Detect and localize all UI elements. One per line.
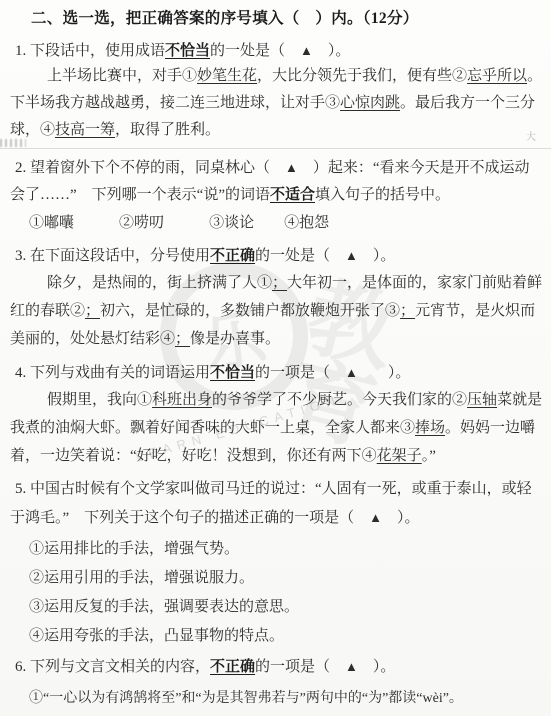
text-segment: 球，④ (10, 122, 55, 138)
underlined-term: 科班出身 (152, 392, 212, 408)
text-segment: ，大比分领先于我们，便有些② (257, 68, 467, 84)
text-segment: 。” (422, 448, 436, 464)
text-segment: 的一项是（ (255, 659, 345, 675)
underlined-term: 技高一筹 (55, 122, 115, 138)
q5-stem: 5. 中国古时候有个文学家叫做司马迁的说过：“人固有一死，或重于泰山，或轻 (15, 479, 532, 500)
text-segment: 5. 中国古时候有个文学家叫做司马迁的说过：“人固有一死，或重于泰山，或轻 (15, 481, 532, 497)
underlined-term: 不正确 (210, 248, 255, 264)
q2-options: ①嘟囔 ②唠叨 ③谈论 ④抱怨 (29, 213, 329, 234)
text-segment: ④抱怨 (284, 215, 329, 231)
text-segment: ）。 (313, 43, 351, 59)
text-segment: 下半场我方越战越勇，接二连三地进球，让对手③ (10, 95, 340, 111)
text-segment: ③谈论 (209, 215, 254, 231)
text-segment: ）起来：“看来今天是开不成运动 (298, 160, 530, 176)
text-segment: 填入句子的括号中。 (315, 187, 450, 203)
q4-passage-line3: 着，一边笑着说：“好吃，好吃！没想到，你还有两下④花架子。” (10, 446, 436, 467)
text-segment: 。妈妈一边嚼 (445, 420, 535, 436)
q5-option2: ②运用引用的手法，增强说服力。 (29, 568, 254, 589)
text-segment: ①“一心以为有鸿鹄将至”和“为是其智弗若与”两句中的“为”都读“wèi”。 (29, 691, 463, 706)
text-segment: 假期里，我向① (47, 392, 152, 408)
underlined-term: 心惊肉跳 (340, 95, 400, 111)
text-segment: 4. 下列与戏曲有关的词语运用 (15, 365, 210, 381)
text-segment: ①运用排比的手法，增强气势。 (29, 541, 239, 557)
underlined-term: 不恰当 (165, 43, 210, 59)
q6-stem: 6. 下列与文言文相关的内容，不正确的一项是（ ▲ ）。 (15, 656, 395, 678)
text-segment: 元宵节，是火炽而 (415, 303, 535, 319)
text-segment (254, 215, 284, 231)
text-segment (74, 215, 119, 231)
text-segment (164, 215, 209, 231)
answer-triangle-icon: ▲ (345, 659, 358, 674)
q2-stem: 2. 望着窗外下个不停的雨，同桌林心（ ▲ ）起来：“看来今天是开不成运动 (15, 157, 530, 179)
text-segment: ，取得了胜利。 (115, 122, 220, 138)
edge-watermark-text: 大 (526, 128, 536, 143)
text-segment: 上半场比赛中，对手① (47, 68, 197, 84)
answer-triangle-icon: ▲ (285, 160, 298, 175)
underlined-term: 忘乎所以 (467, 68, 527, 84)
text-segment: 我煮的油焖大虾。飘着好闻香味的大虾一上桌，全家人都来③ (10, 420, 415, 436)
answer-triangle-icon: ▲ (300, 43, 313, 58)
answer-triangle-icon: ▲ (345, 248, 358, 263)
text-segment: ④运用夸张的手法，凸显事物的特点。 (29, 628, 284, 644)
underlined-term: 花架子 (377, 448, 422, 464)
text-segment: 的一项是（ (255, 365, 345, 381)
q3-passage-line2: 红的春联②；初六，是忙碌的，多数铺户都放鞭炮开张了③；元宵节，是火炽而 (10, 301, 535, 322)
text-segment: 6. 下列与文言文相关的内容， (15, 659, 210, 675)
q3-passage-line3: 美丽的，处处悬灯结彩④；像是办喜事。 (10, 329, 280, 350)
q1-passage-line2: 下半场我方越战越勇，接二连三地进球，让对手③心惊肉跳。最后我方一个三分 (10, 93, 535, 114)
q4-passage-line1: 假期里，我向①科班出身的爷爷学了不少厨艺。今天我们家的②压轴菜就是 (47, 390, 542, 411)
q1-passage-line1: 上半场比赛中，对手①妙笔生花，大比分领先于我们，便有些②忘乎所以。 (47, 66, 542, 87)
underlined-term: ； (272, 275, 287, 291)
q1-stem: 1. 下段话中，使用成语不恰当的一处是（ ▲ ）。 (15, 40, 350, 62)
answer-triangle-icon: ▲ (345, 365, 358, 380)
text-segment: 美丽的，处处悬灯结彩④ (10, 331, 175, 347)
scan-divider-line (0, 148, 551, 149)
text-segment: 二、选一选，把正确答案的序号填入（ ）内。（12分） (31, 10, 419, 27)
q5-option4: ④运用夸张的手法，凸显事物的特点。 (29, 626, 284, 647)
underlined-term: 妙笔生花 (197, 68, 257, 84)
text-segment: 着，一边笑着说：“好吃，好吃！没想到，你还有两下④ (10, 448, 377, 464)
text-segment: 。最后我方一个三分 (400, 95, 535, 111)
text-segment: 菜就是 (497, 392, 542, 408)
text-segment: 的爷爷学了不少厨艺。今天我们家的② (212, 392, 467, 408)
text-segment: 。 (527, 68, 542, 84)
text-segment: 的一处是（ (255, 248, 345, 264)
q4-stem: 4. 下列与戏曲有关的词语运用不恰当的一项是（ ▲ ）。 (15, 362, 410, 384)
text-segment: 会了……” 下列哪一个表示“说”的词语 (10, 187, 270, 203)
q2-line2: 会了……” 下列哪一个表示“说”的词语不适合填入句子的括号中。 (10, 185, 450, 206)
underlined-term: 不适合 (270, 187, 315, 203)
q5-option3: ③运用反复的手法，强调要表达的意思。 (29, 597, 299, 618)
q3-stem: 3. 在下面这段话中，分号使用不正确的一处是（ ▲ ）。 (15, 245, 395, 267)
underlined-term: 压轴 (467, 392, 497, 408)
text-segment: ）。 (358, 365, 411, 381)
text-segment: 除夕，是热闹的，街上挤满了人① (47, 275, 272, 291)
underlined-term: ； (85, 303, 100, 319)
section-title: 二、选一选，把正确答案的序号填入（ ）内。（12分） (31, 8, 419, 29)
text-segment: ①嘟囔 (29, 215, 74, 231)
underlined-term: ； (400, 303, 415, 319)
answer-triangle-icon: ▲ (369, 510, 382, 525)
text-segment: ）。 (382, 510, 420, 526)
q5-line2: 于鸿毛。” 下列关于这个句子的描述正确的一项是（ ▲ ）。 (10, 507, 420, 529)
underlined-term: ； (175, 331, 190, 347)
text-segment: 1. 下段话中，使用成语 (15, 43, 165, 59)
q6-option1: ①“一心以为有鸿鹄将至”和“为是其智弗若与”两句中的“为”都读“wèi”。 (29, 688, 463, 709)
q5-option1: ①运用排比的手法，增强气势。 (29, 539, 239, 560)
q4-passage-line2: 我煮的油焖大虾。飘着好闻香味的大虾一上桌，全家人都来③捧场。妈妈一边嚼 (10, 418, 535, 439)
text-segment: 于鸿毛。” 下列关于这个句子的描述正确的一项是（ (10, 510, 369, 526)
underlined-term: 不恰当 (210, 365, 255, 381)
exam-page: 乐 教育 LEARN EDUCATION 大 二、选一选，把正确答案的序号填入（… (0, 0, 551, 716)
text-segment: 红的春联② (10, 303, 85, 319)
text-segment: ②运用引用的手法，增强说服力。 (29, 570, 254, 586)
text-segment: ）。 (358, 248, 396, 264)
text-segment: ③运用反复的手法，强调要表达的意思。 (29, 599, 299, 615)
text-segment: 2. 望着窗外下个不停的雨，同桌林心（ (15, 160, 285, 176)
text-segment: 像是办喜事。 (190, 331, 280, 347)
text-segment: ）。 (358, 659, 396, 675)
text-segment: 的一处是（ (210, 43, 300, 59)
q3-passage-line1: 除夕，是热闹的，街上挤满了人①；大年初一，是体面的，家家门前贴着鲜 (47, 273, 542, 294)
underlined-term: 捧场 (415, 420, 445, 436)
text-segment: 大年初一，是体面的，家家门前贴着鲜 (287, 275, 542, 291)
text-segment: 3. 在下面这段话中，分号使用 (15, 248, 210, 264)
text-segment: ②唠叨 (119, 215, 164, 231)
underlined-term: 不正确 (210, 659, 255, 675)
q1-passage-line3: 球，④技高一筹，取得了胜利。 (10, 120, 220, 141)
text-segment: 初六，是忙碌的，多数铺户都放鞭炮开张了③ (100, 303, 400, 319)
